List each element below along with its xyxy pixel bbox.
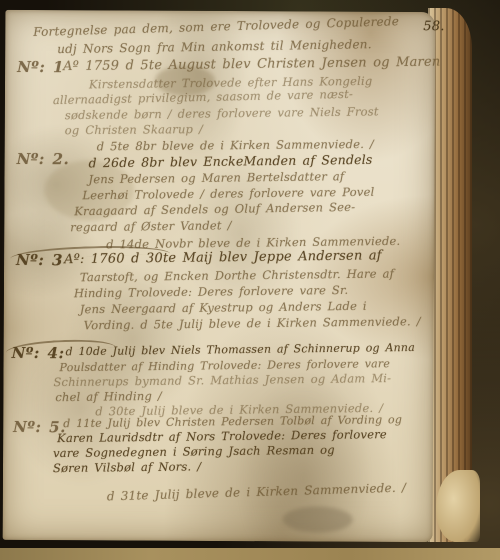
entry-5-line: Søren Vilsbøl af Nors. /: [53, 461, 201, 474]
entry-3-number: Nº: 3: [16, 253, 63, 268]
entry-1-line: allernaadigst privilegium, saasom de var…: [53, 89, 353, 107]
entry-4-line: chel af Hinding /: [55, 391, 162, 404]
entry-3-line: Taarstoft, og Encken Dorthe Christensdtr…: [80, 268, 394, 283]
header-line-1: Fortegnelse paa dem, som ere Trolovede o…: [33, 15, 399, 38]
entry-2-line: Jens Pedersen og Maren Bertelsdatter af: [88, 171, 344, 186]
entry-3-line: Jens Neergaard af Kyestrup og Anders Lad…: [80, 301, 367, 316]
header-line-2: udj Nors Sogn fra Min ankomst til Menigh…: [57, 38, 372, 55]
entry-5-line: Karen Lauridsdtr af Nors Trolovede: Dere…: [57, 429, 387, 445]
entry-4-line: d 10de Julij blev Niels Thomassen af Sch…: [66, 342, 415, 357]
entry-2-number: Nº: 2.: [17, 152, 70, 167]
entry-2-line: d 26de 8br blev EnckeManden af Sendels: [89, 154, 373, 170]
entry-1-number: Nº: 1: [17, 60, 64, 75]
entry-1-line: sødskende børn / deres forlovere vare Ni…: [65, 106, 379, 121]
entry-2-line: Kraagaard af Sendels og Oluf Andersen Se…: [74, 202, 355, 218]
entry-4-line: Schinnerups bymand Sr. Mathias Jensen og…: [53, 373, 391, 389]
page-corner-curl: [436, 470, 480, 542]
entry-5-marriage-line: d 31te Julij bleve de i Kirken Sammenvie…: [107, 482, 407, 503]
entry-1-marriage-line: d 5te 8br bleve de i Kirken Sammenviede.…: [97, 139, 374, 153]
photo-of-church-register: 58. Fortegnelse paa dem, som ere Trolove…: [0, 0, 500, 560]
entry-5-line: vare Sognedegnen i Søring Jsach Resman o…: [53, 445, 335, 460]
page-number: 58.: [423, 20, 444, 33]
entry-1-line: Aº 1759 d 5te August blev Christen Jense…: [63, 56, 440, 74]
entry-3-line: Hinding Trolovede: Deres forlovere vare …: [74, 285, 348, 300]
entry-3-marriage-line: Vording. d 5te Julij bleve de i Kirken S…: [84, 316, 421, 332]
entry-1-line: og Christen Skaarup /: [65, 124, 203, 137]
manuscript-page: 58. Fortegnelse paa dem, som ere Trolove…: [3, 10, 436, 542]
entry-4-number: Nº: 4:: [12, 346, 65, 361]
entry-3-line: Aº: 1760 d 30te Maij blev Jeppe Andersen…: [64, 249, 382, 266]
entry-2-line: regaard af Øster Vandet /: [70, 220, 232, 233]
table-surface: [0, 548, 500, 560]
stain-spot: [283, 506, 353, 532]
